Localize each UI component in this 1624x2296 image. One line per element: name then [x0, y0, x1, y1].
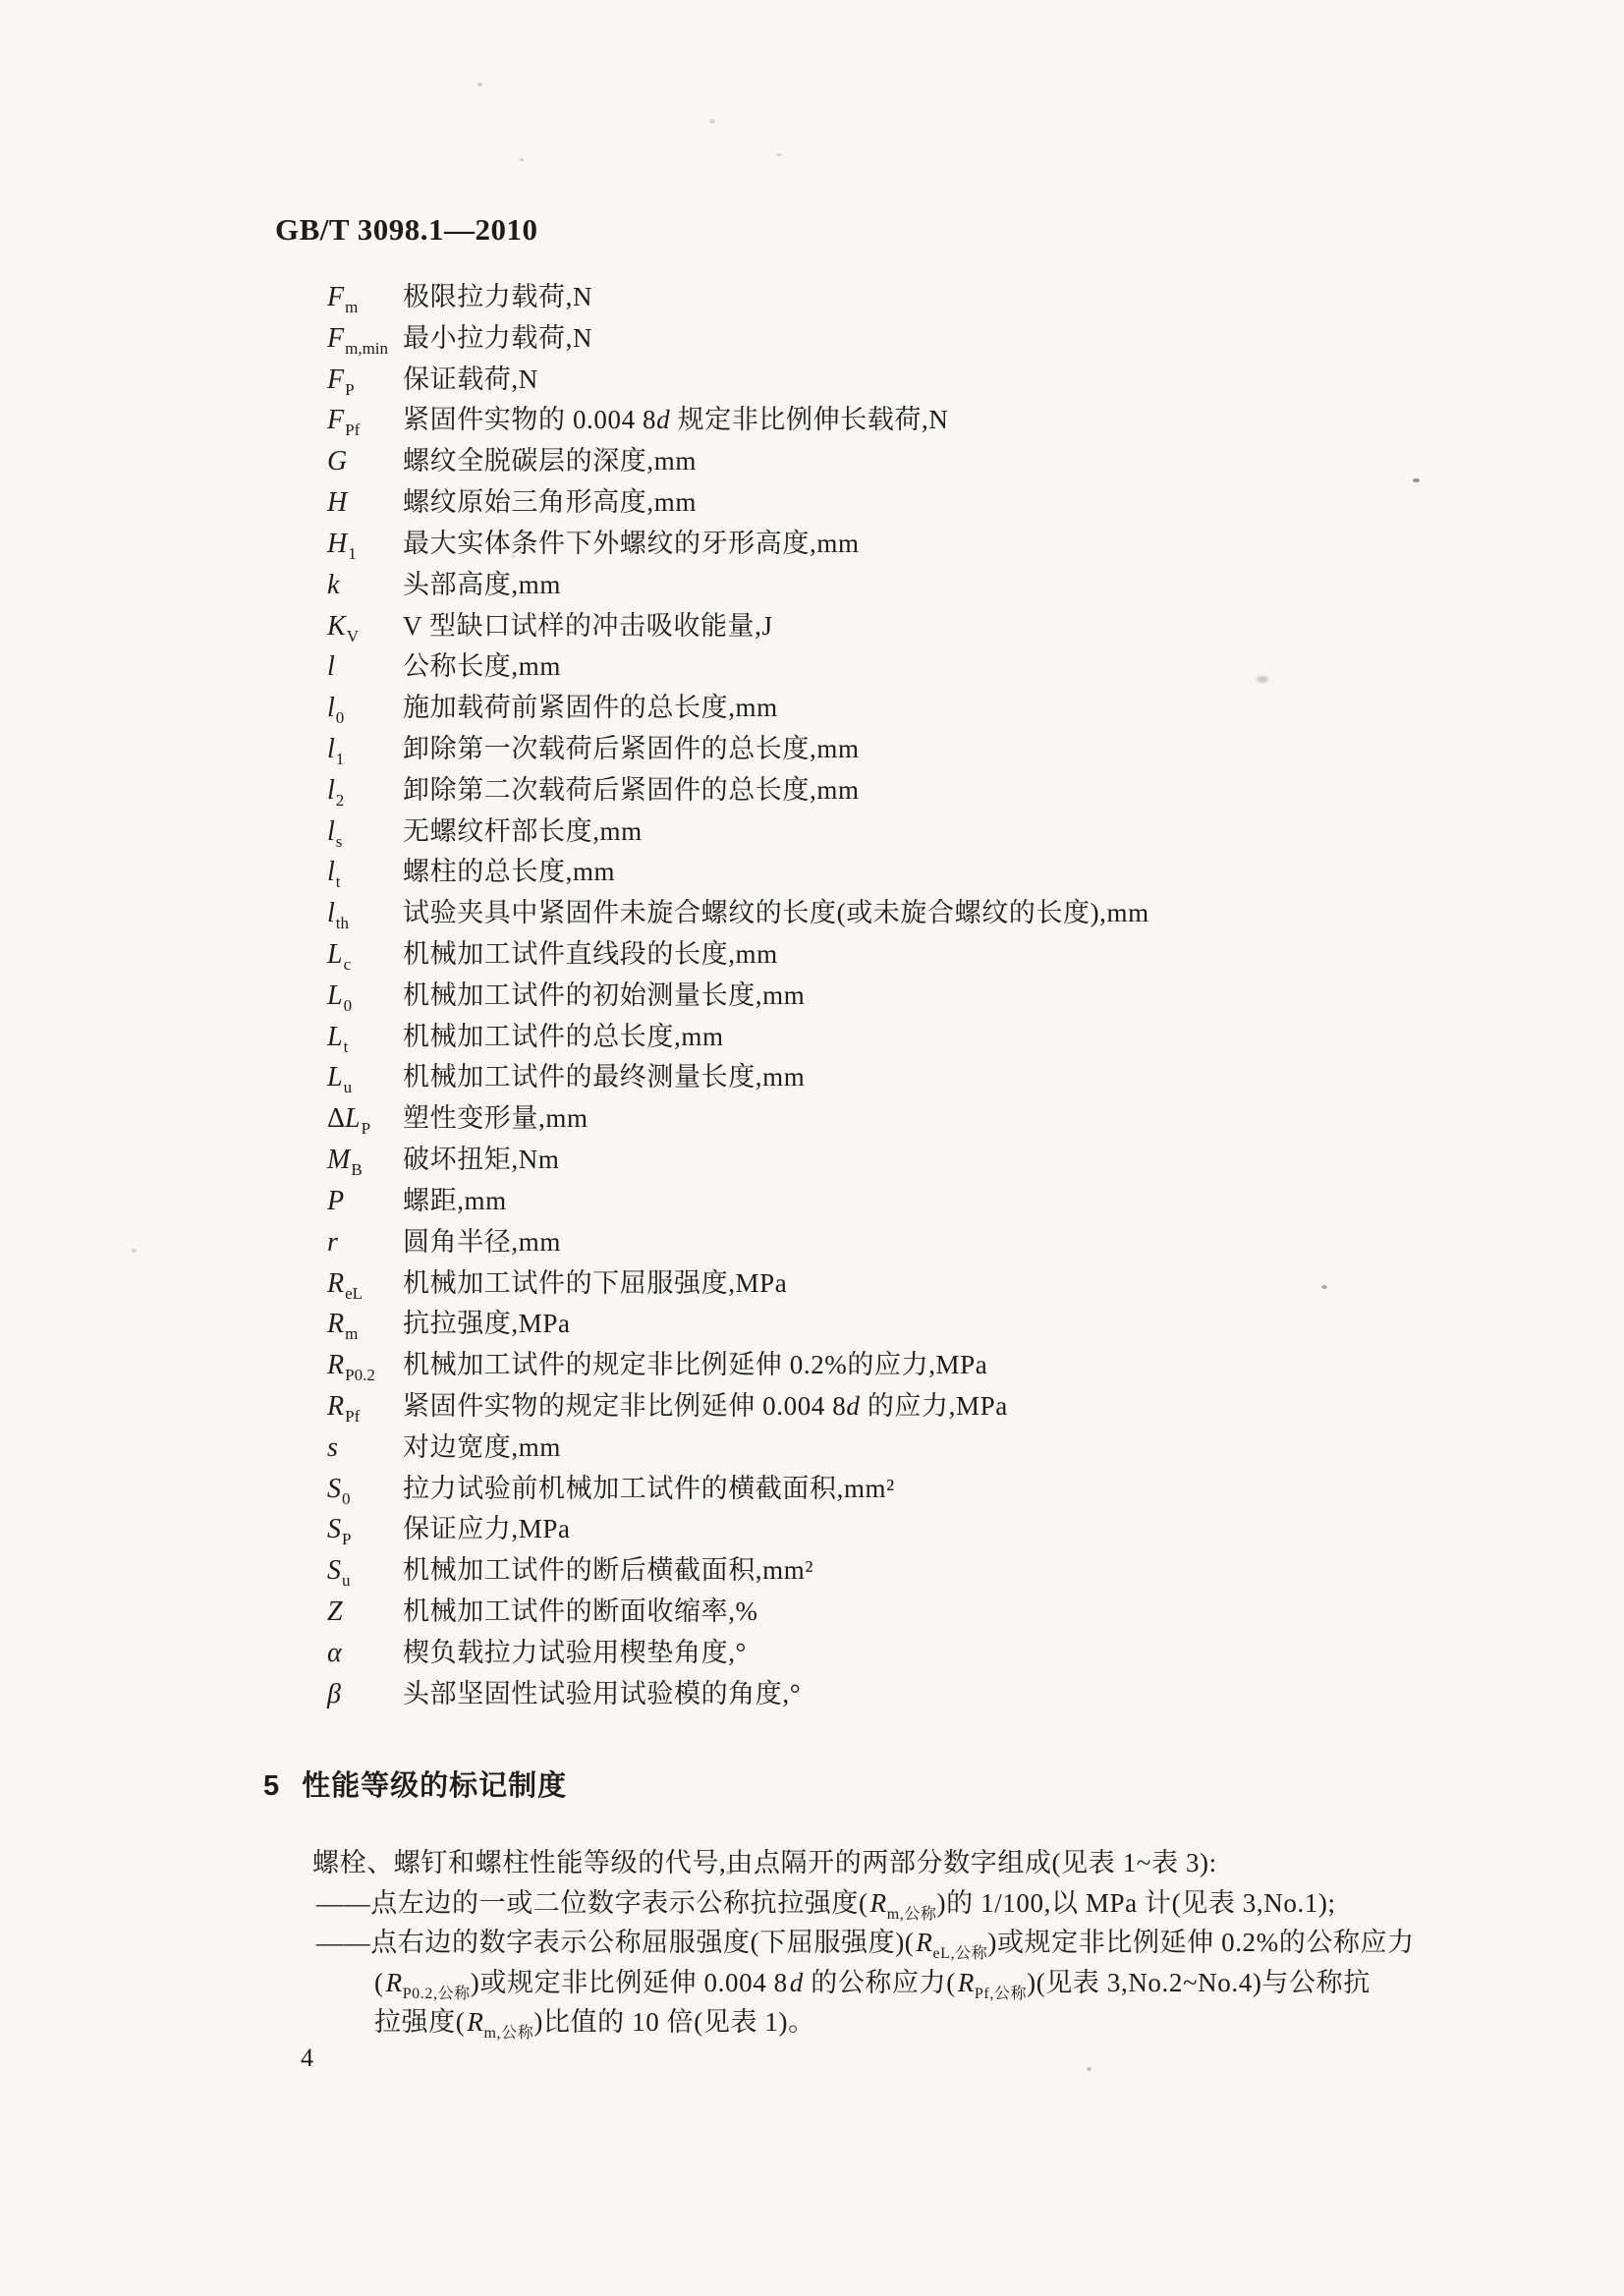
- symbol-row: FPf紧固件实物的 0.004 8d 规定非比例伸长载荷,N: [327, 400, 1149, 441]
- symbol-list: Fm极限拉力载荷,NFm,min最小拉力载荷,NFP保证载荷,NFPf紧固件实物…: [327, 277, 1149, 1714]
- symbol: Lc: [327, 934, 403, 976]
- symbol-definition: V 型缺口试样的冲击吸收能量,J: [403, 606, 773, 647]
- symbol: P: [327, 1181, 403, 1222]
- symbol-definition: 头部高度,mm: [403, 565, 561, 606]
- symbol: Fm,min: [327, 318, 403, 360]
- symbol-definition: 试验夹具中紧固件未旋合螺纹的长度(或未旋合螺纹的长度),mm: [403, 893, 1149, 934]
- symbol-definition: 楔负载拉力试验用楔垫角度,°: [403, 1633, 747, 1674]
- symbol: Fm: [327, 277, 403, 318]
- standard-number: GB/T 3098.1—2010: [275, 212, 538, 248]
- symbol-row: SP保证应力,MPa: [327, 1509, 1149, 1550]
- symbol-row: H螺纹原始三角形高度,mm: [327, 482, 1149, 524]
- clause-paragraph: 螺栓、螺钉和螺柱性能等级的代号,由点隔开的两部分数字组成(见表 1~表 3):—…: [312, 1843, 1540, 2043]
- symbol-row: β头部坚固性试验用试验模的角度,°: [327, 1674, 1149, 1715]
- symbol-definition: 对边宽度,mm: [403, 1428, 561, 1469]
- scan-speck: [477, 83, 482, 86]
- symbol: l1: [327, 729, 403, 770]
- scan-speck: [1257, 676, 1268, 683]
- symbol-definition: 螺柱的总长度,mm: [403, 852, 615, 893]
- symbol-definition: 机械加工试件的断面收缩率,%: [403, 1592, 758, 1633]
- symbol-row: Z机械加工试件的断面收缩率,%: [327, 1592, 1149, 1633]
- symbol-definition: 机械加工试件的下屈服强度,MPa: [403, 1263, 787, 1305]
- symbol: L0: [327, 976, 403, 1017]
- section-heading: 5性能等级的标记制度: [263, 1764, 567, 1804]
- symbol: RP0.2: [327, 1345, 403, 1386]
- page-number: 4: [301, 2044, 313, 2073]
- scan-speck: [132, 1249, 137, 1253]
- symbol: Lu: [327, 1057, 403, 1098]
- symbol: H: [327, 482, 403, 524]
- paragraph-line: 螺栓、螺钉和螺柱性能等级的代号,由点隔开的两部分数字组成(见表 1~表 3):: [312, 1843, 1540, 1883]
- symbol-row: r圆角半径,mm: [327, 1222, 1149, 1263]
- symbol: Z: [327, 1592, 403, 1633]
- symbol: α: [327, 1633, 403, 1674]
- symbol-row: ΔLP塑性变形量,mm: [327, 1098, 1149, 1140]
- symbol-row: MB破坏扭矩,Nm: [327, 1140, 1149, 1181]
- symbol-definition: 紧固件实物的 0.004 8d 规定非比例伸长载荷,N: [403, 400, 948, 441]
- symbol-definition: 螺纹原始三角形高度,mm: [403, 482, 697, 524]
- symbol-row: Fm,min最小拉力载荷,N: [327, 318, 1149, 360]
- symbol-definition: 破坏扭矩,Nm: [403, 1140, 559, 1181]
- symbol-definition: 保证应力,MPa: [403, 1509, 571, 1550]
- symbol: ΔLP: [327, 1098, 403, 1140]
- paragraph-line: ——点右边的数字表示公称屈服强度(下屈服强度)(ReL,公称)或规定非比例延伸 …: [312, 1923, 1540, 1963]
- symbol-definition: 机械加工试件的初始测量长度,mm: [403, 976, 805, 1017]
- symbol: l0: [327, 688, 403, 729]
- symbol-definition: 机械加工试件的断后横截面积,mm²: [403, 1550, 813, 1592]
- symbol-row: RPf紧固件实物的规定非比例延伸 0.004 8d 的应力,MPa: [327, 1386, 1149, 1428]
- symbol-row: lt螺柱的总长度,mm: [327, 852, 1149, 893]
- symbol-definition: 机械加工试件的规定非比例延伸 0.2%的应力,MPa: [403, 1345, 987, 1386]
- symbol-definition: 紧固件实物的规定非比例延伸 0.004 8d 的应力,MPa: [403, 1386, 1008, 1428]
- symbol-definition: 施加载荷前紧固件的总长度,mm: [403, 688, 778, 729]
- paragraph-line: ——点左边的一或二位数字表示公称抗拉强度(Rm,公称)的 1/100,以 MPa…: [312, 1883, 1540, 1924]
- symbol-row: α楔负载拉力试验用楔垫角度,°: [327, 1633, 1149, 1674]
- symbol: lt: [327, 852, 403, 893]
- symbol: k: [327, 565, 403, 606]
- scan-speck: [1413, 478, 1420, 482]
- symbol-definition: 最小拉力载荷,N: [403, 318, 592, 360]
- symbol-row: lth试验夹具中紧固件未旋合螺纹的长度(或未旋合螺纹的长度),mm: [327, 893, 1149, 934]
- symbol: Rm: [327, 1304, 403, 1345]
- symbol-row: l公称长度,mm: [327, 646, 1149, 688]
- symbol: ReL: [327, 1263, 403, 1305]
- scan-speck: [520, 158, 524, 161]
- symbol: Su: [327, 1550, 403, 1592]
- symbol-definition: 拉力试验前机械加工试件的横截面积,mm²: [403, 1469, 895, 1510]
- symbol-row: RP0.2机械加工试件的规定非比例延伸 0.2%的应力,MPa: [327, 1345, 1149, 1386]
- symbol-definition: 螺距,mm: [403, 1181, 507, 1222]
- paragraph-line: (RP0.2,公称)或规定非比例延伸 0.004 8d 的公称应力(RPf,公称…: [312, 1963, 1540, 2003]
- symbol-row: Su机械加工试件的断后横截面积,mm²: [327, 1550, 1149, 1592]
- paragraph-line: 拉强度(Rm,公称)比值的 10 倍(见表 1)。: [312, 2002, 1540, 2043]
- symbol-row: P螺距,mm: [327, 1181, 1149, 1222]
- symbol: s: [327, 1428, 403, 1469]
- symbol: Lt: [327, 1017, 403, 1058]
- symbol: FP: [327, 360, 403, 401]
- symbol-row: k头部高度,mm: [327, 565, 1149, 606]
- symbol-row: S0拉力试验前机械加工试件的横截面积,mm²: [327, 1469, 1149, 1510]
- symbol-row: ls无螺纹杆部长度,mm: [327, 812, 1149, 853]
- symbol-definition: 抗拉强度,MPa: [403, 1304, 571, 1345]
- symbol-definition: 卸除第一次载荷后紧固件的总长度,mm: [403, 729, 860, 770]
- document-page: GB/T 3098.1—2010 Fm极限拉力载荷,NFm,min最小拉力载荷,…: [0, 0, 1624, 2296]
- symbol: G: [327, 441, 403, 482]
- symbol-row: Fm极限拉力载荷,N: [327, 277, 1149, 318]
- symbol: SP: [327, 1509, 403, 1550]
- symbol: ls: [327, 812, 403, 853]
- symbol-row: l2卸除第二次载荷后紧固件的总长度,mm: [327, 770, 1149, 812]
- section-number: 5: [263, 1770, 280, 1803]
- symbol: l2: [327, 770, 403, 812]
- symbol: H1: [327, 524, 403, 565]
- symbol-row: Lu机械加工试件的最终测量长度,mm: [327, 1057, 1149, 1098]
- symbol-row: Lt机械加工试件的总长度,mm: [327, 1017, 1149, 1058]
- symbol-definition: 螺纹全脱碳层的深度,mm: [403, 441, 697, 482]
- symbol-definition: 卸除第二次载荷后紧固件的总长度,mm: [403, 770, 860, 812]
- symbol-row: FP保证载荷,N: [327, 360, 1149, 401]
- symbol-definition: 机械加工试件的总长度,mm: [403, 1017, 724, 1058]
- symbol: β: [327, 1674, 403, 1715]
- scan-speck: [776, 153, 782, 156]
- symbol-row: Rm抗拉强度,MPa: [327, 1304, 1149, 1345]
- symbol: l: [327, 646, 403, 688]
- symbol: KV: [327, 606, 403, 647]
- symbol-definition: 机械加工试件的最终测量长度,mm: [403, 1057, 805, 1098]
- symbol-row: l1卸除第一次载荷后紧固件的总长度,mm: [327, 729, 1149, 770]
- symbol-row: H1最大实体条件下外螺纹的牙形高度,mm: [327, 524, 1149, 565]
- symbol-row: s对边宽度,mm: [327, 1428, 1149, 1469]
- symbol-row: G螺纹全脱碳层的深度,mm: [327, 441, 1149, 482]
- scan-speck: [1087, 2067, 1092, 2071]
- symbol-definition: 最大实体条件下外螺纹的牙形高度,mm: [403, 524, 860, 565]
- symbol-definition: 无螺纹杆部长度,mm: [403, 812, 643, 853]
- symbol-definition: 塑性变形量,mm: [403, 1098, 588, 1140]
- symbol-definition: 公称长度,mm: [403, 646, 561, 688]
- symbol-row: Lc机械加工试件直线段的长度,mm: [327, 934, 1149, 976]
- symbol: lth: [327, 893, 403, 934]
- symbol-definition: 保证载荷,N: [403, 360, 538, 401]
- symbol: r: [327, 1222, 403, 1263]
- symbol: FPf: [327, 400, 403, 441]
- scan-speck: [709, 119, 715, 124]
- symbol-definition: 机械加工试件直线段的长度,mm: [403, 934, 778, 976]
- scan-speck: [1321, 1285, 1327, 1289]
- symbol-definition: 头部坚固性试验用试验模的角度,°: [403, 1674, 801, 1715]
- symbol-row: KVV 型缺口试样的冲击吸收能量,J: [327, 606, 1149, 647]
- symbol-definition: 圆角半径,mm: [403, 1222, 561, 1263]
- symbol-row: l0施加载荷前紧固件的总长度,mm: [327, 688, 1149, 729]
- symbol-row: ReL机械加工试件的下屈服强度,MPa: [327, 1263, 1149, 1305]
- section-title: 性能等级的标记制度: [302, 1770, 567, 1802]
- symbol-row: L0机械加工试件的初始测量长度,mm: [327, 976, 1149, 1017]
- symbol-definition: 极限拉力载荷,N: [403, 277, 592, 318]
- symbol: RPf: [327, 1386, 403, 1428]
- symbol: MB: [327, 1140, 403, 1181]
- symbol: S0: [327, 1469, 403, 1510]
